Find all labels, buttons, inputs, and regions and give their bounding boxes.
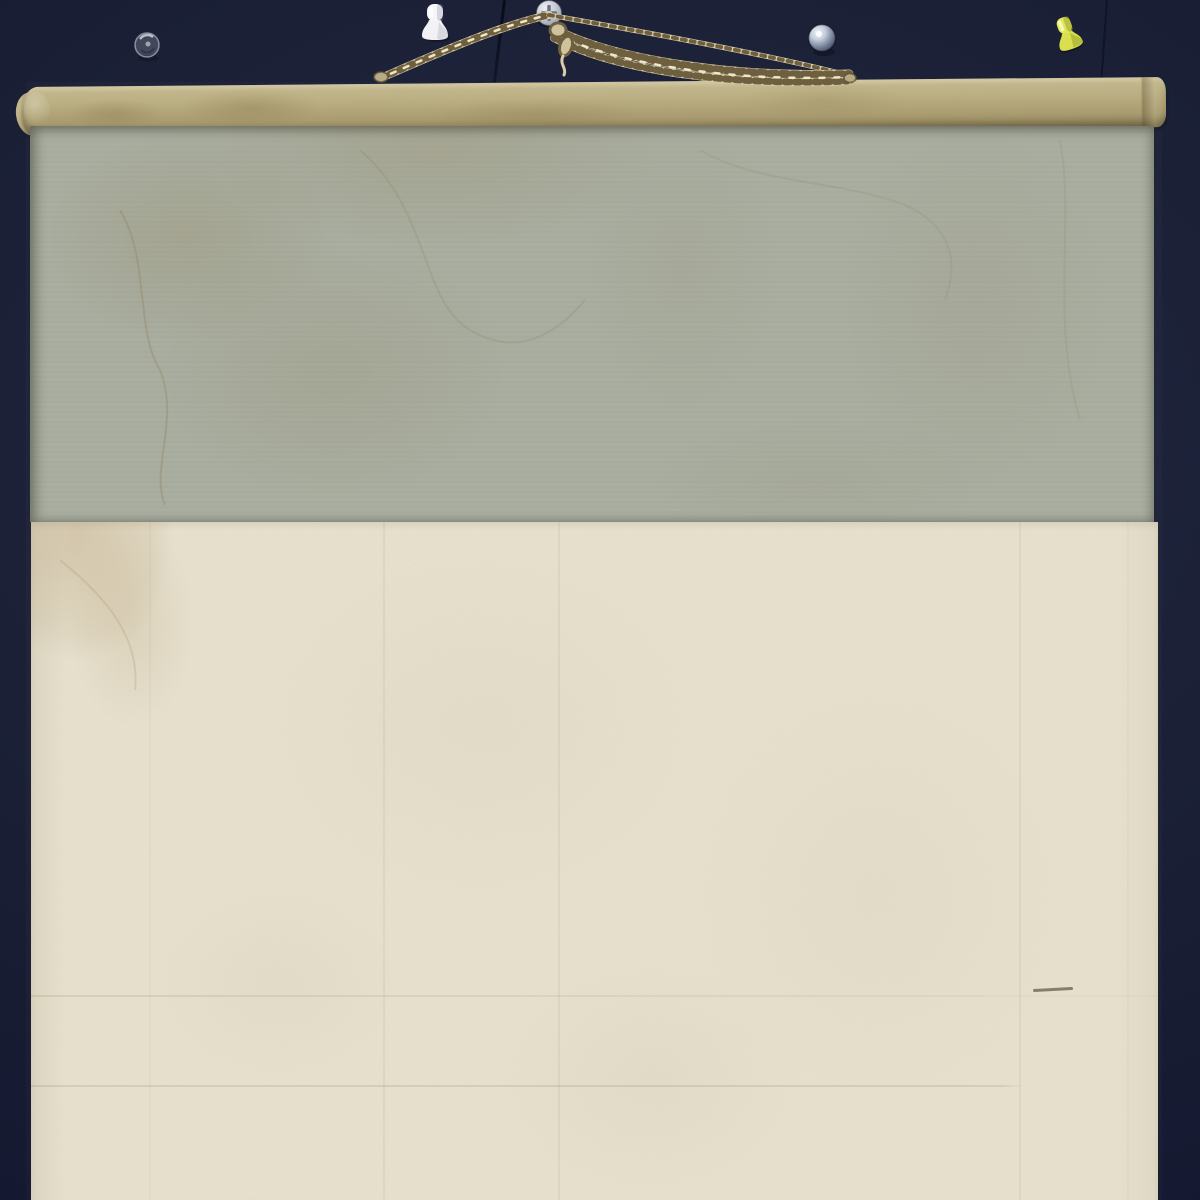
hanging-cord: [374, 15, 856, 83]
cord-left-strand: [381, 15, 549, 78]
overlay-graphics: [0, 0, 1200, 1200]
photo-backdrop: [0, 0, 1200, 1200]
white-pushpin: [422, 4, 450, 42]
silver-tack: [809, 25, 836, 57]
cord-knot: [550, 23, 575, 75]
yellow-pushpin: [1050, 14, 1085, 55]
clear-pushpin: [135, 33, 159, 62]
cord-droop-bundle: [554, 30, 849, 82]
cord-attachment-left: [374, 72, 388, 82]
cord-attachment-right: [844, 74, 856, 83]
paper-grain-texture: [26, 82, 1162, 1200]
